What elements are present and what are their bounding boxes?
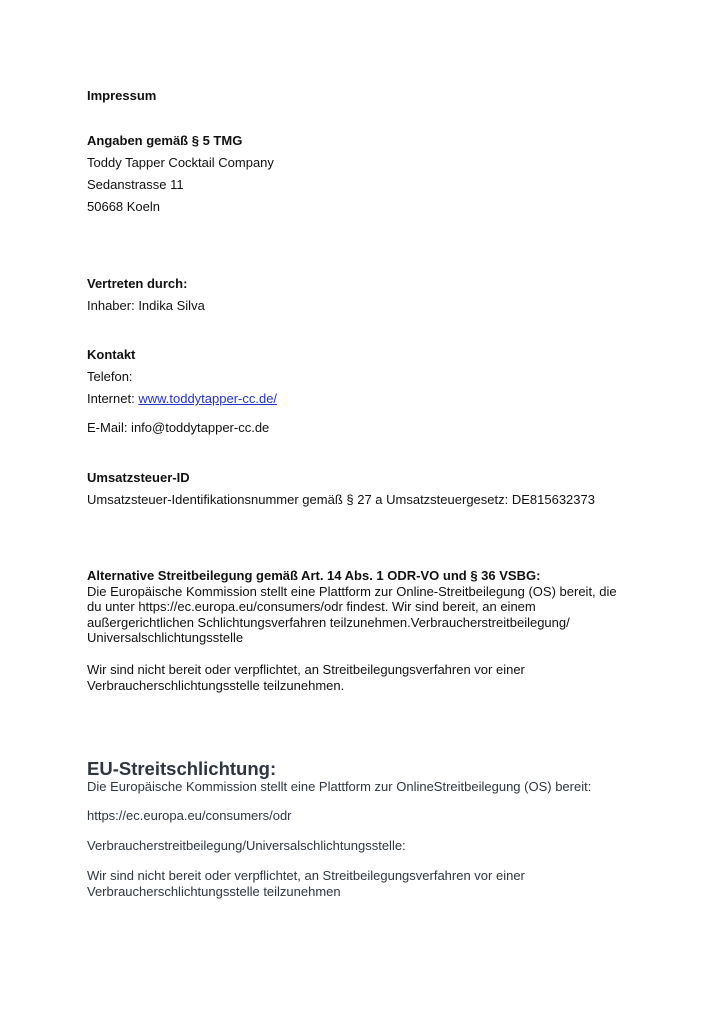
alt-streit-line: Die Europäische Kommission stellt eine P… bbox=[87, 584, 647, 600]
website-link[interactable]: www.toddytapper-cc.de/ bbox=[138, 391, 277, 406]
eu-closing-line: Verbraucherschlichtungsstelle teilzunehm… bbox=[87, 884, 647, 900]
alt-streit-p2-line: Verbraucherschlichtungsstelle teilzunehm… bbox=[87, 678, 647, 694]
alt-streit-line: außergerichtlichen Schlichtungsverfahren… bbox=[87, 615, 647, 631]
telefon-label: Telefon: bbox=[87, 369, 133, 384]
alt-streit-paragraph2: Wir sind nicht bereit oder verpflichtet,… bbox=[87, 662, 647, 693]
owner-name: Inhaber: Indika Silva bbox=[87, 298, 205, 313]
kontakt-heading: Kontakt bbox=[87, 347, 135, 362]
city-address: 50668 Koeln bbox=[87, 199, 160, 214]
alt-streit-line: du unter https://ec.europa.eu/consumers/… bbox=[87, 599, 647, 615]
street-address: Sedanstrasse 11 bbox=[87, 177, 184, 192]
company-name: Toddy Tapper Cocktail Company bbox=[87, 155, 274, 170]
internet-label: Internet: bbox=[87, 391, 138, 406]
vertreten-heading: Vertreten durch: bbox=[87, 276, 187, 291]
eu-label: Verbraucherstreitbeilegung/Universalschl… bbox=[87, 838, 406, 853]
eu-heading: EU-Streitschlichtung: bbox=[87, 758, 276, 780]
email-text: E-Mail: info@toddytapper-cc.de bbox=[87, 420, 269, 435]
angaben-heading: Angaben gemäß § 5 TMG bbox=[87, 133, 242, 148]
alt-streit-line: Universalschlichtungsstelle bbox=[87, 630, 647, 646]
eu-intro: Die Europäische Kommission stellt eine P… bbox=[87, 779, 591, 794]
alt-streit-p2-line: Wir sind nicht bereit oder verpflichtet,… bbox=[87, 662, 647, 678]
alt-streit-section: Alternative Streitbeilegung gemäß Art. 1… bbox=[87, 568, 647, 646]
internet-row: Internet: www.toddytapper-cc.de/ bbox=[87, 391, 277, 406]
page-title: Impressum bbox=[87, 88, 156, 103]
eu-closing-line: Wir sind nicht bereit oder verpflichtet,… bbox=[87, 868, 647, 884]
eu-url: https://ec.europa.eu/consumers/odr bbox=[87, 808, 292, 823]
ust-heading: Umsatzsteuer-ID bbox=[87, 470, 190, 485]
ust-text: Umsatzsteuer-Identifikationsnummer gemäß… bbox=[87, 492, 595, 507]
alt-streit-heading: Alternative Streitbeilegung gemäß Art. 1… bbox=[87, 568, 647, 584]
eu-closing: Wir sind nicht bereit oder verpflichtet,… bbox=[87, 868, 647, 899]
